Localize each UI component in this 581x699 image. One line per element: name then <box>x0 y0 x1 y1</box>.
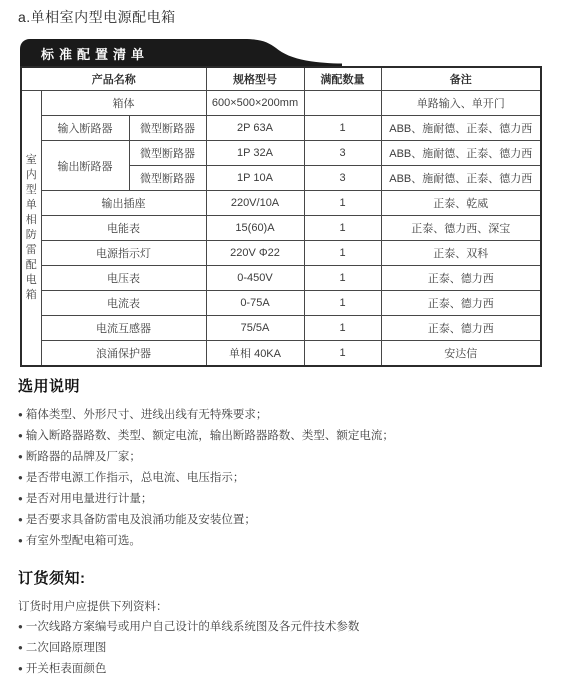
cell-group: 输入断路器 <box>41 116 129 141</box>
cell-remark: ABB、施耐德、正泰、德力西 <box>381 116 541 141</box>
cell-name: 箱体 <box>41 91 206 116</box>
cell-spec: 75/5A <box>206 316 304 341</box>
cell-name: 电流表 <box>41 291 206 316</box>
table-row: 电能表 15(60)A 1 正泰、德力西、深宝 <box>21 216 541 241</box>
cell-qty: 1 <box>304 216 381 241</box>
side-vertical-label: 室内型单相防雷配电箱 <box>21 91 41 367</box>
cell-qty: 1 <box>304 241 381 266</box>
cell-remark: 正泰、德力西 <box>381 291 541 316</box>
cell-spec: 600×500×200mm <box>206 91 304 116</box>
selection-notes-title: 选用说明 <box>18 375 394 396</box>
list-item: 箱体类型、外形尺寸、进线出线有无特殊要求； <box>18 405 394 426</box>
cell-qty <box>304 91 381 116</box>
cell-remark: ABB、施耐德、正泰、德力西 <box>381 166 541 191</box>
cell-spec: 2P 63A <box>206 116 304 141</box>
cell-qty: 1 <box>304 116 381 141</box>
cell-name: 浪涌保护器 <box>41 341 206 367</box>
header-product-name: 产品名称 <box>21 67 206 91</box>
page-title: a.单相室内型电源配电箱 <box>18 7 176 27</box>
cell-spec: 单相 40KA <box>206 341 304 367</box>
list-item: 一次线路方案编号或用户自己设计的单线系统图及各元件技术参数 <box>18 617 359 638</box>
table-row: 电流互感器 75/5A 1 正泰、德力西 <box>21 316 541 341</box>
cell-name: 电源指示灯 <box>41 241 206 266</box>
list-item: 有室外型配电箱可选。 <box>18 531 394 552</box>
cell-name: 电能表 <box>41 216 206 241</box>
table-row: 电流表 0-75A 1 正泰、德力西 <box>21 291 541 316</box>
cell-qty: 1 <box>304 341 381 367</box>
cell-spec: 220V/10A <box>206 191 304 216</box>
selection-notes-section: 选用说明 箱体类型、外形尺寸、进线出线有无特殊要求； 输入断路器路数、类型、额定… <box>18 375 394 552</box>
cell-remark: 正泰、双科 <box>381 241 541 266</box>
cell-name: 输出插座 <box>41 191 206 216</box>
order-notes-title: 订货须知: <box>18 567 359 588</box>
cell-remark: 正泰、德力西、深宝 <box>381 216 541 241</box>
standard-config-tab: 标准配置清单 <box>20 39 342 66</box>
list-item: 是否对用电量进行计量； <box>18 489 394 510</box>
table-row: 浪涌保护器 单相 40KA 1 安达信 <box>21 341 541 367</box>
selection-notes-list: 箱体类型、外形尺寸、进线出线有无特殊要求； 输入断路器路数、类型、额定电流，输出… <box>18 405 394 552</box>
list-item: 二次回路原理图 <box>18 638 359 659</box>
order-notes-section: 订货须知: 订货时用户应提供下列资料： 一次线路方案编号或用户自己设计的单线系统… <box>18 567 359 680</box>
cell-spec: 1P 32A <box>206 141 304 166</box>
order-notes-intro: 订货时用户应提供下列资料： <box>18 597 359 617</box>
cell-sub: 微型断路器 <box>129 116 206 141</box>
cell-qty: 1 <box>304 266 381 291</box>
list-item: 是否要求具备防雷电及浪涌功能及安装位置； <box>18 510 394 531</box>
list-item: 开关柜表面颜色 <box>18 659 359 680</box>
cell-spec: 0-450V <box>206 266 304 291</box>
cell-spec: 15(60)A <box>206 216 304 241</box>
tab-title: 标准配置清单 <box>41 44 149 63</box>
table-row: 室内型单相防雷配电箱 箱体 600×500×200mm 单路输入、单开门 <box>21 91 541 116</box>
header-spec: 规格型号 <box>206 67 304 91</box>
cell-remark: 安达信 <box>381 341 541 367</box>
cell-spec: 1P 10A <box>206 166 304 191</box>
cell-remark: 正泰、乾威 <box>381 191 541 216</box>
header-remark: 备注 <box>381 67 541 91</box>
table-row: 输出断路器 微型断路器 1P 32A 3 ABB、施耐德、正泰、德力西 <box>21 141 541 166</box>
list-item: 输入断路器路数、类型、额定电流，输出断路器路数、类型、额定电流； <box>18 426 394 447</box>
cell-remark: ABB、施耐德、正泰、德力西 <box>381 141 541 166</box>
table-row: 输出插座 220V/10A 1 正泰、乾威 <box>21 191 541 216</box>
list-item: 断路器的品牌及厂家； <box>18 447 394 468</box>
order-notes-list: 一次线路方案编号或用户自己设计的单线系统图及各元件技术参数 二次回路原理图 开关… <box>18 617 359 680</box>
cell-group: 输出断路器 <box>41 141 129 191</box>
cell-qty: 1 <box>304 291 381 316</box>
cell-remark: 正泰、德力西 <box>381 316 541 341</box>
cell-sub: 微型断路器 <box>129 166 206 191</box>
list-item: 是否带电源工作指示，总电流、电压指示； <box>18 468 394 489</box>
cell-remark: 单路输入、单开门 <box>381 91 541 116</box>
cell-remark: 正泰、德力西 <box>381 266 541 291</box>
cell-qty: 3 <box>304 166 381 191</box>
cell-qty: 1 <box>304 191 381 216</box>
table-row: 电压表 0-450V 1 正泰、德力西 <box>21 266 541 291</box>
table-row: 输入断路器 微型断路器 2P 63A 1 ABB、施耐德、正泰、德力西 <box>21 116 541 141</box>
cell-spec: 220V Φ22 <box>206 241 304 266</box>
cell-qty: 1 <box>304 316 381 341</box>
cell-name: 电压表 <box>41 266 206 291</box>
header-qty: 满配数量 <box>304 67 381 91</box>
standard-config-table: 产品名称 规格型号 满配数量 备注 室内型单相防雷配电箱 箱体 600×500×… <box>20 66 542 367</box>
cell-qty: 3 <box>304 141 381 166</box>
table-header-row: 产品名称 规格型号 满配数量 备注 <box>21 67 541 91</box>
table-row: 电源指示灯 220V Φ22 1 正泰、双科 <box>21 241 541 266</box>
cell-name: 电流互感器 <box>41 316 206 341</box>
cell-spec: 0-75A <box>206 291 304 316</box>
cell-sub: 微型断路器 <box>129 141 206 166</box>
